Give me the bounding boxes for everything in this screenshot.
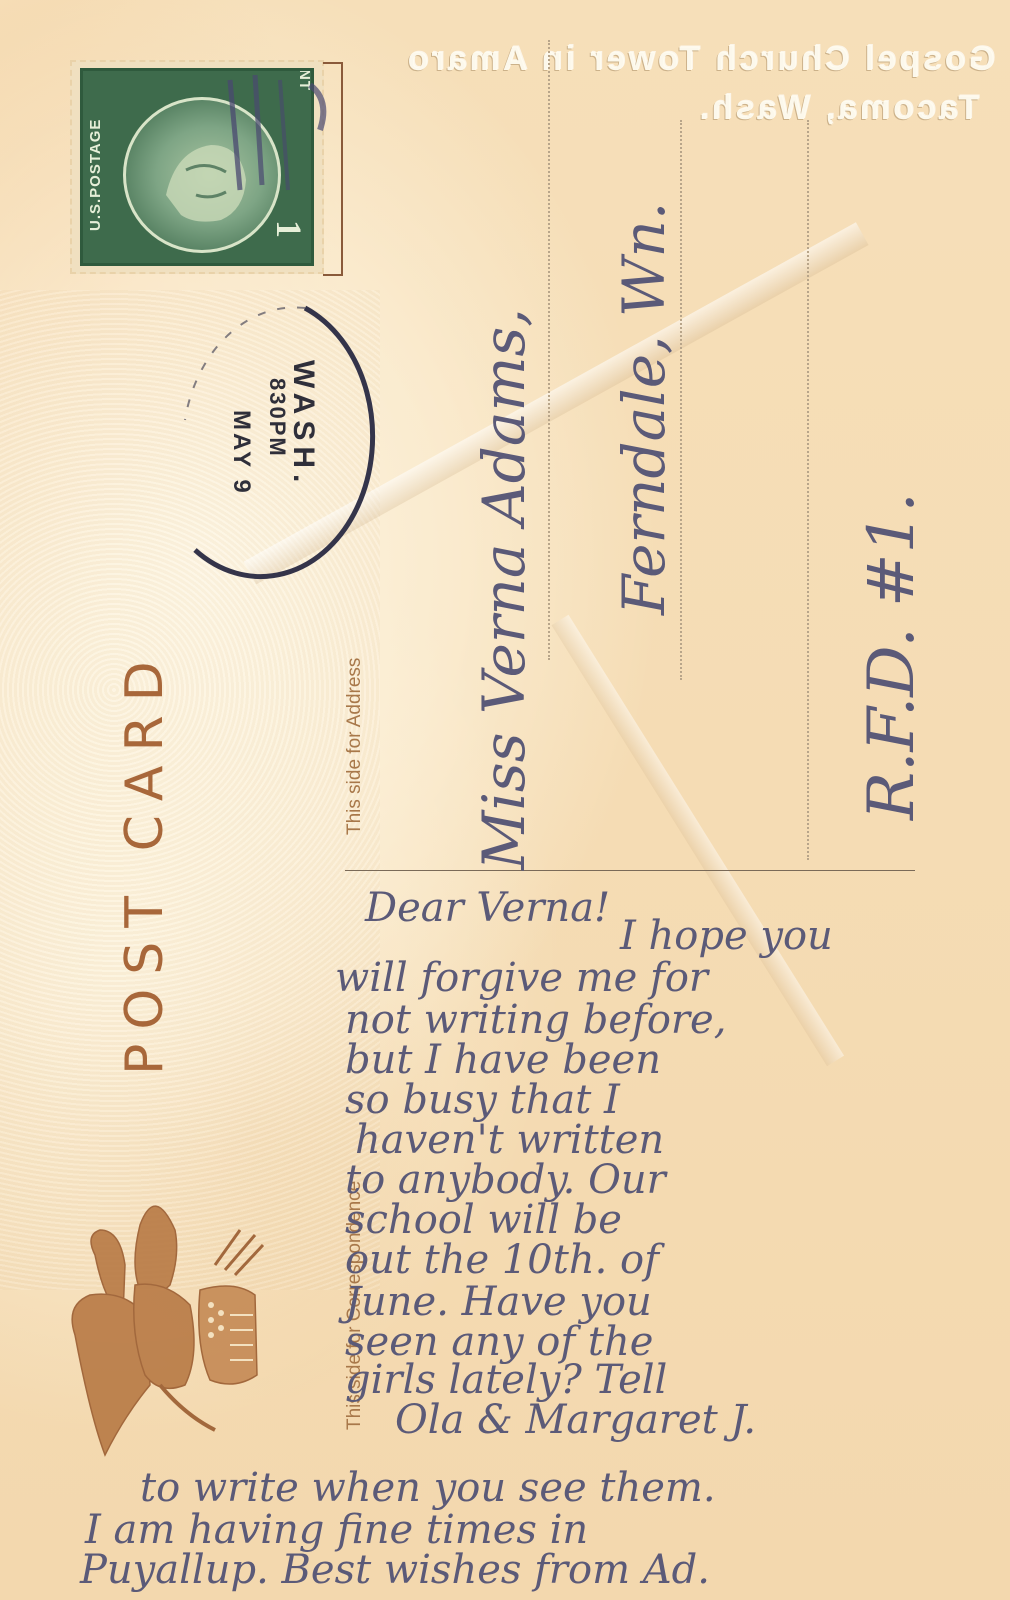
address-guide-line [807,120,809,860]
postcard: Gospel Church Tower in Amaro Tacoma, Was… [0,0,1010,1600]
message-line: Dear Verna! [365,888,610,928]
message-line: will forgive me for [335,958,708,998]
section-divider [345,870,915,871]
message-line: I hope you [620,916,833,956]
message-line: not writing before, [345,1000,726,1040]
message-line: June. Have you [345,1282,652,1322]
message-line: haven't written [355,1120,664,1160]
message-line: I am having fine times in [85,1510,588,1550]
stamp-value: 1 [265,215,313,243]
postmark-time: 830PM [264,378,290,458]
embossed-header-line1: Gospel Church Tower in Amaro [345,40,995,79]
embossed-mirrored-header: Gospel Church Tower in Amaro Tacoma, Was… [345,40,995,150]
message-line: to write when you see them. [140,1468,716,1508]
post-card-title: POST CARD [115,647,175,1075]
message-line: out the 10th. of [345,1240,659,1280]
message-line: but I have been [345,1040,661,1080]
address-city: Ferndale, Wn. [610,202,678,615]
address-guide-line [548,40,550,660]
embossed-header-line2: Tacoma, Wash. [345,89,979,128]
address-name: Miss Verna Adams, [470,308,538,870]
message-line: school will be [345,1200,622,1240]
postmark-date: MAY 9 [227,410,255,496]
message-line: Puyallup. Best wishes from Ad. [80,1550,710,1590]
address-guide-line [680,120,682,680]
eagle-shield-emblem-icon [65,1185,265,1465]
message-line: to anybody. Our [345,1160,666,1200]
postmark-city: WASH. [286,360,320,488]
message-line: Ola & Margaret J. [395,1400,756,1440]
address-side-label: This side for Address [344,658,366,835]
stamp-left-label: U.S.POSTAGE [87,119,104,231]
message-line: so busy that I [345,1080,620,1120]
cancellation-lines [170,60,350,210]
message-line: girls lately? Tell [345,1360,667,1400]
message-line: seen any of the [345,1322,653,1362]
address-route: R.F.D. #1. [855,492,929,820]
